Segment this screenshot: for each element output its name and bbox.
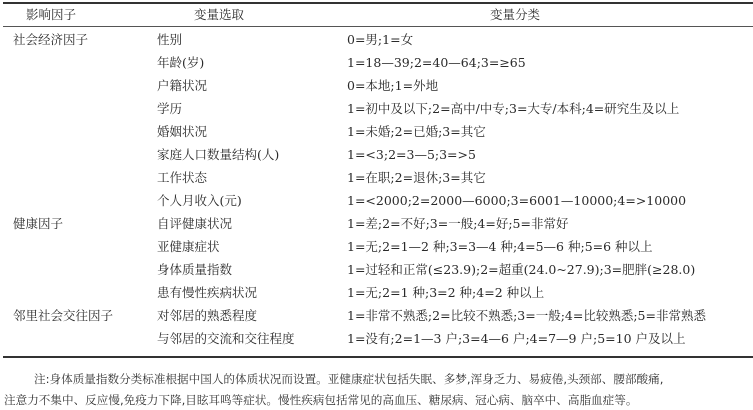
classification-cell: 1=差;2=不好;3=一般;4=好;5=非常好	[347, 216, 568, 232]
variable-cell: 性别	[157, 32, 182, 48]
factor-cell: 健康因子	[13, 216, 63, 232]
variable-cell: 自评健康状况	[157, 216, 232, 232]
classification-cell: 1=18—39;2=40—64;3=≥65	[347, 55, 526, 71]
variable-cell: 身体质量指数	[157, 262, 232, 278]
variable-cell: 与邻居的交流和交往程度	[157, 331, 295, 347]
factor-cell: 邻里社会交往因子	[13, 308, 113, 324]
table-top-rule	[3, 2, 753, 4]
variable-cell: 工作状态	[157, 170, 207, 186]
header-classification: 变量分类	[490, 7, 540, 23]
variable-cell: 个人月收入(元)	[157, 193, 242, 209]
header-variable: 变量选取	[194, 7, 244, 23]
classification-cell: 1=没有;2=1—3 户;3=4—6 户;4=7—9 户;5=10 户及以上	[347, 331, 686, 347]
table-bottom-rule	[3, 356, 753, 358]
classification-cell: 1=过轻和正常(≤23.9);2=超重(24.0~27.9);3=肥胖(≥28.…	[347, 262, 695, 278]
header-factor: 影响因子	[26, 7, 76, 23]
variable-cell: 年龄(岁)	[157, 55, 204, 71]
classification-cell: 1=未婚;2=已婚;3=其它	[347, 124, 486, 140]
classification-cell: 1=无;2=1—2 种;3=3—4 种;4=5—6 种;5=6 种以上	[347, 239, 653, 255]
classification-cell: 1=无;2=1 种;3=2 种;4=2 种以上	[347, 285, 544, 301]
variable-cell: 婚姻状况	[157, 124, 207, 140]
variable-cell: 对邻居的熟悉程度	[157, 308, 257, 324]
variable-cell: 家庭人口数量结构(人)	[157, 147, 279, 163]
variable-cell: 户籍状况	[157, 78, 207, 94]
classification-cell: 0=本地;1=外地	[347, 78, 438, 94]
classification-cell: 0=男;1=女	[347, 32, 413, 48]
variable-cell: 学历	[157, 101, 182, 117]
table-note-line-1: 注:身体质量指数分类标准根据中国人的体质状况而设置。亚健康症状包括失眠、多梦,浑…	[34, 371, 663, 387]
variable-cell: 亚健康症状	[157, 239, 220, 255]
classification-cell: 1=<2000;2=2000—6000;3=6001—10000;4=>1000…	[347, 193, 686, 209]
classification-cell: 1=<3;2=3—5;3=>5	[347, 147, 476, 163]
classification-cell: 1=在职;2=退休;3=其它	[347, 170, 486, 186]
variable-cell: 患有慢性疾病状况	[157, 285, 257, 301]
classification-cell: 1=初中及以下;2=高中/中专;3=大专/本科;4=研究生及以上	[347, 101, 679, 117]
factor-cell: 社会经济因子	[13, 32, 88, 48]
classification-cell: 1=非常不熟悉;2=比较不熟悉;3=一般;4=比较熟悉;5=非常熟悉	[347, 308, 706, 324]
header-rule	[3, 26, 753, 27]
table-note-line-2: 注意力不集中、反应慢,免疫力下降,目眩耳鸣等症状。慢性疾病包括常见的高血压、糖尿…	[4, 392, 637, 408]
